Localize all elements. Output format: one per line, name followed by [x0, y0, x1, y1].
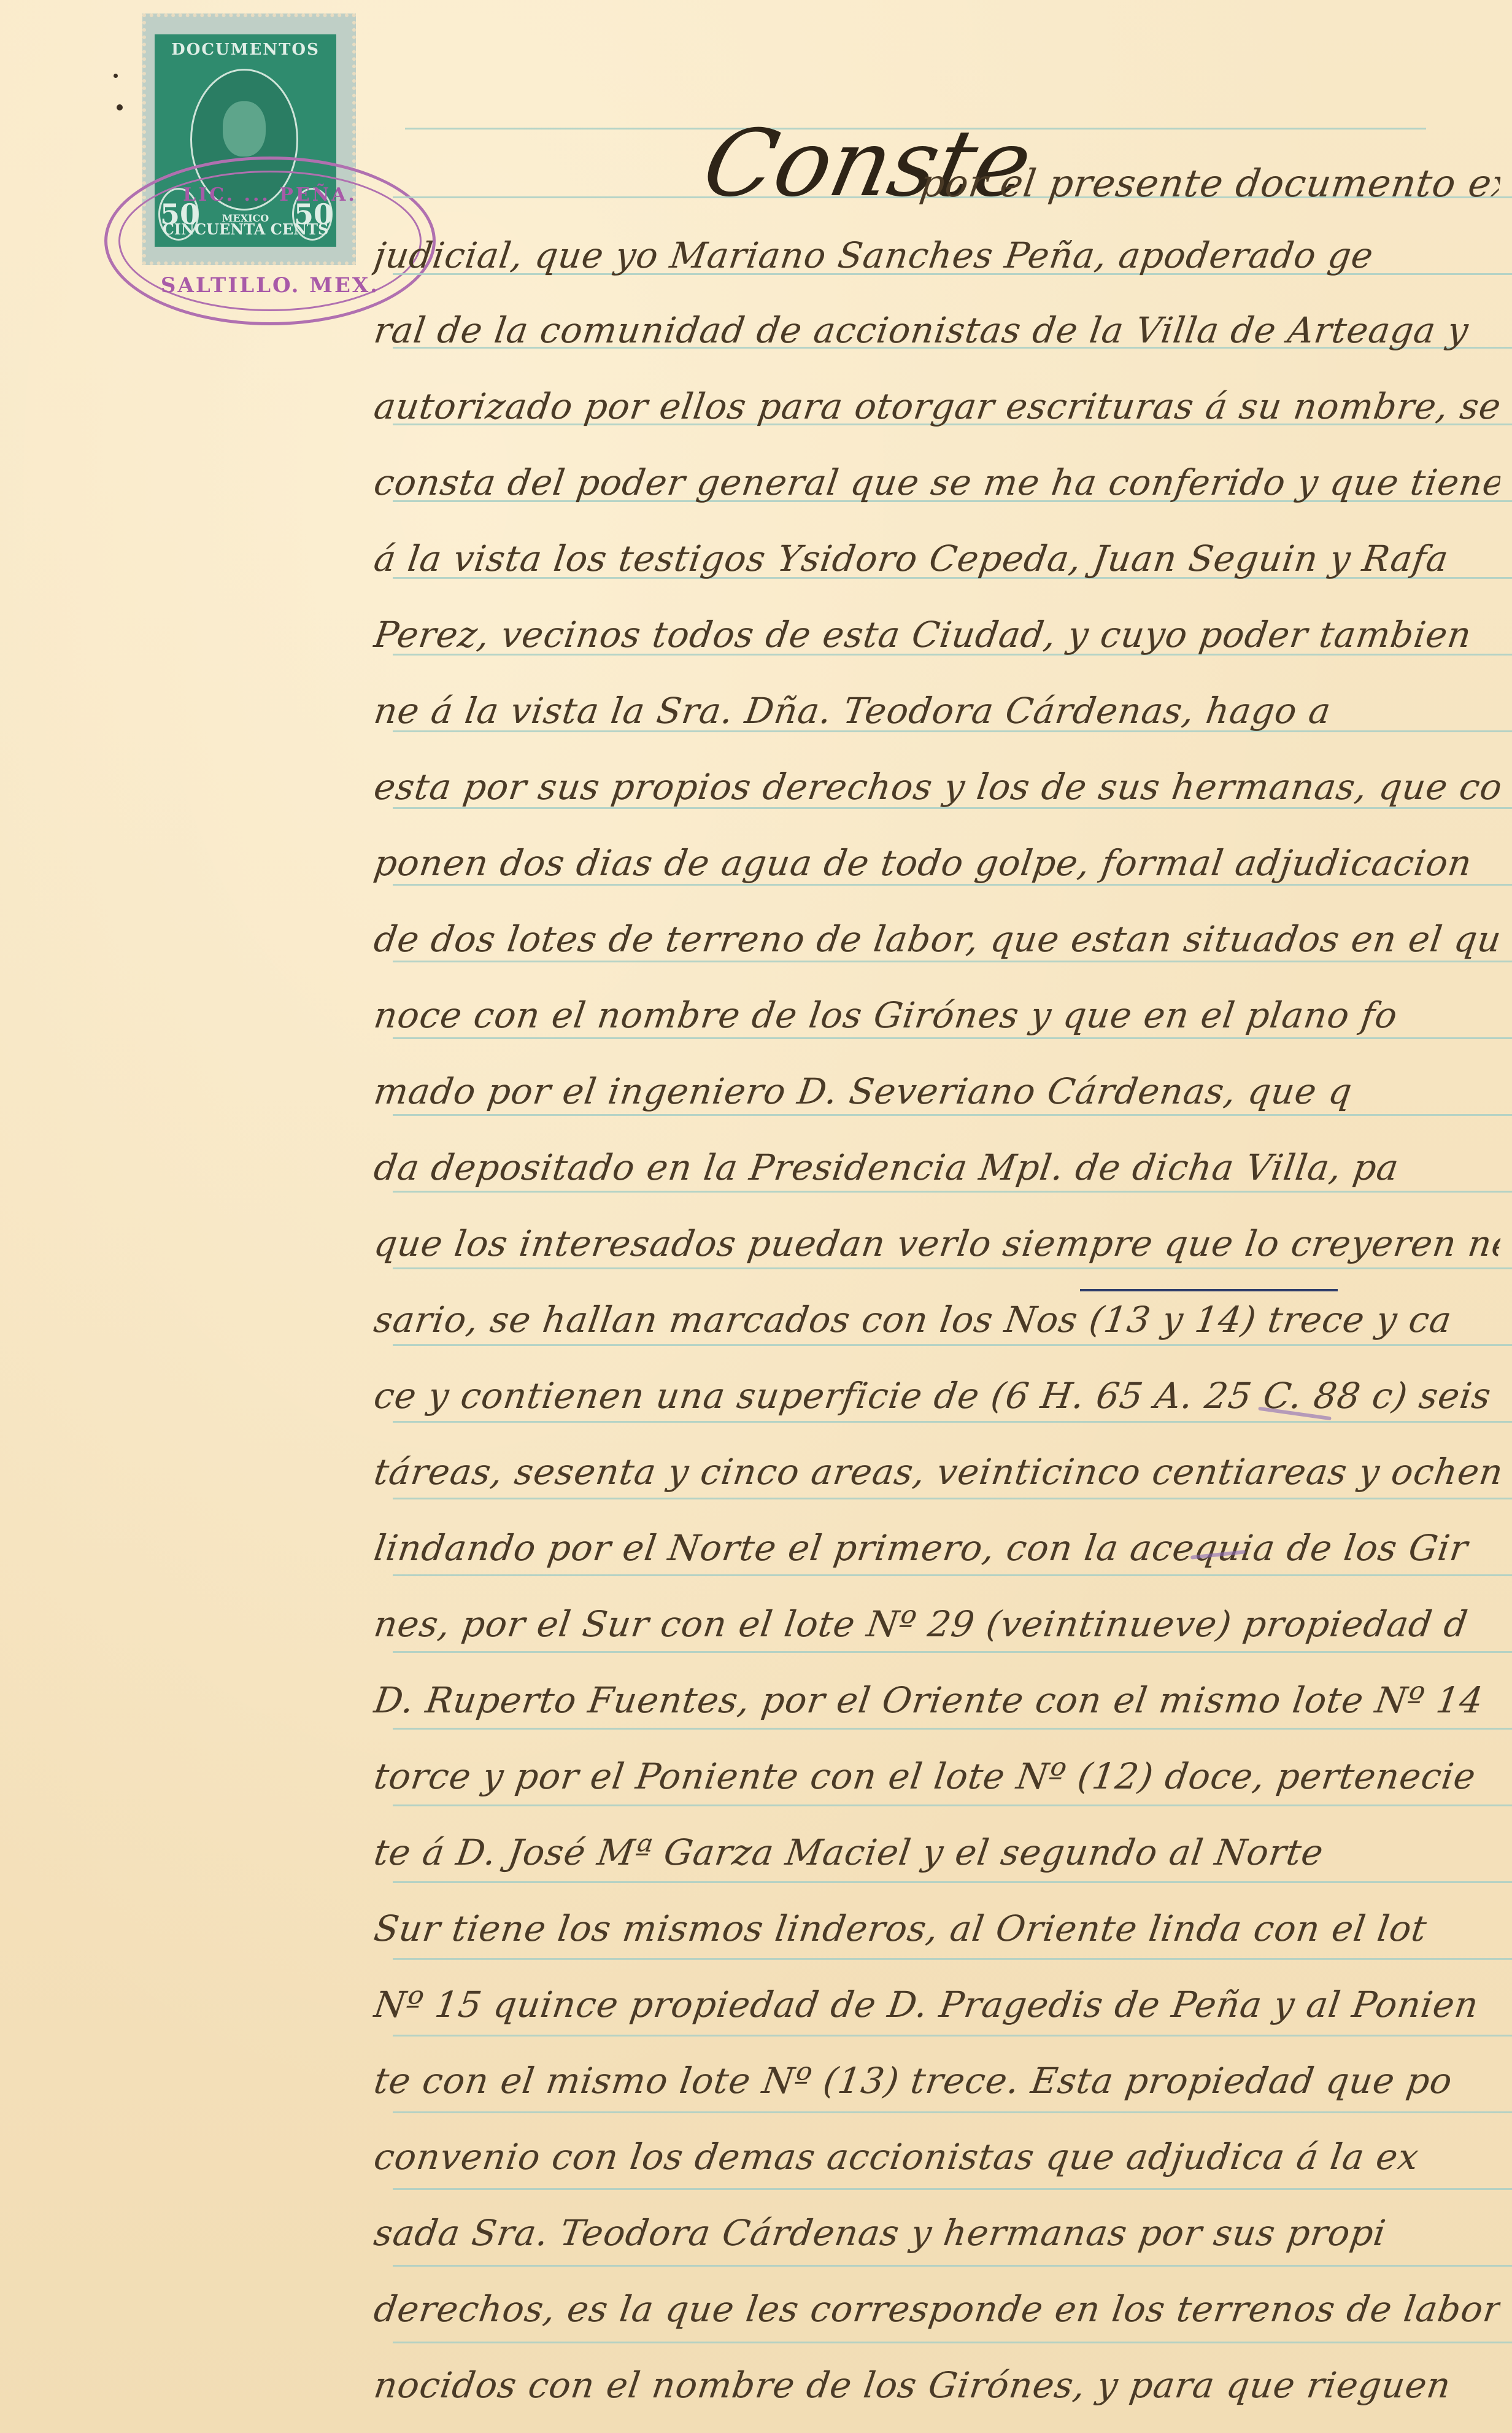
- ruled-line: [393, 2342, 1512, 2343]
- ruled-line: [393, 1114, 1512, 1116]
- ruled-line: [393, 2265, 1512, 2267]
- stamp-title: DOCUMENTOS: [155, 41, 336, 59]
- text-line-24: Sur tiene los mismos linderos, al Orient…: [371, 1908, 1503, 1949]
- text-line-29: derechos, es la que les corresponde en l…: [371, 2288, 1503, 2330]
- portrait-face-icon: [223, 101, 266, 157]
- text-line-15: que los interesados puedan verlo siempre…: [371, 1223, 1503, 1264]
- seal-bottom-text: SALTILLO. MEX.: [126, 273, 414, 298]
- ruled-line: [393, 1498, 1512, 1499]
- ruled-line: [393, 2035, 1512, 2037]
- text-line-7: Perez, vecinos todos de esta Ciudad, y c…: [371, 614, 1503, 656]
- ink-underline: [1080, 1289, 1338, 1291]
- text-line-12: noce con el nombre de los Girónes y que …: [371, 994, 1503, 1036]
- ruled-line: [393, 1651, 1512, 1653]
- ruled-line: [393, 884, 1512, 886]
- ruled-line: [393, 1804, 1512, 1806]
- seal-top-text: LIC. ... PEÑA.: [126, 184, 414, 206]
- text-line-19: lindando por el Norte el primero, con la…: [371, 1527, 1503, 1569]
- text-line-25: Nº 15 quince propiedad de D. Pragedis de…: [371, 1984, 1503, 2025]
- text-line-16: sario, se hallan marcados con los Nos (1…: [371, 1299, 1503, 1340]
- ruled-line: [393, 1267, 1512, 1269]
- text-line-2: judicial, que yo Mariano Sanches Peña, a…: [371, 234, 1503, 276]
- ruled-line: [393, 1728, 1512, 1730]
- text-line-14: da depositado en la Presidencia Mpl. de …: [371, 1147, 1503, 1188]
- ruled-line: [393, 2188, 1512, 2190]
- text-line-13: mado por el ingeniero D. Severiano Cárde…: [371, 1070, 1503, 1112]
- text-line-30: nocidos con el nombre de los Girónes, y …: [371, 2364, 1503, 2406]
- text-line-4: autorizado por ellos para otorgar escrit…: [371, 385, 1503, 427]
- text-line-21: D. Ruperto Fuentes, por el Oriente con e…: [371, 1679, 1503, 1721]
- text-line-26: te con el mismo lote Nº (13) trece. Esta…: [371, 2060, 1503, 2102]
- ruled-line: [393, 1344, 1512, 1346]
- text-line-3: ral de la comunidad de accionistas de la…: [371, 309, 1503, 351]
- text-line-23: te á D. José Mª Garza Maciel y el segund…: [371, 1832, 1503, 1873]
- text-line-11: de dos lotes de terreno de labor, que es…: [371, 918, 1503, 960]
- ruled-line: [393, 1037, 1512, 1039]
- ruled-line: [393, 1574, 1512, 1576]
- text-line-22: torce y por el Poniente con el lote Nº (…: [371, 1755, 1503, 1797]
- ruled-line: [393, 961, 1512, 962]
- text-line-1: por el presente documento extra: [917, 161, 1503, 206]
- ruled-line: [393, 1881, 1512, 1883]
- text-line-28: sada Sra. Teodora Cárdenas y hermanas po…: [371, 2212, 1503, 2254]
- text-line-6: á la vista los testigos Ysidoro Cepeda, …: [371, 538, 1503, 579]
- ink-spot: [114, 74, 118, 78]
- text-line-17: ce y contienen una superficie de (6 H. 6…: [371, 1375, 1503, 1417]
- text-line-18: táreas, sesenta y cinco areas, veinticin…: [371, 1451, 1503, 1493]
- ink-spot: [117, 104, 123, 110]
- text-line-8: ne á la vista la Sra. Dña. Teodora Cárde…: [371, 690, 1503, 732]
- text-line-27: convenio con los demas accionistas que a…: [371, 2136, 1503, 2178]
- ruled-line: [393, 1958, 1512, 1960]
- ruled-line: [393, 2111, 1512, 2113]
- text-line-10: ponen dos dias de agua de todo golpe, fo…: [371, 842, 1503, 884]
- ruled-line: [393, 1191, 1512, 1193]
- ruled-line: [393, 1421, 1512, 1423]
- text-line-9: esta por sus propios derechos y los de s…: [371, 766, 1503, 808]
- text-line-20: nes, por el Sur con el lote Nº 29 (veint…: [371, 1603, 1503, 1645]
- text-line-5: consta del poder general que se me ha co…: [371, 462, 1503, 503]
